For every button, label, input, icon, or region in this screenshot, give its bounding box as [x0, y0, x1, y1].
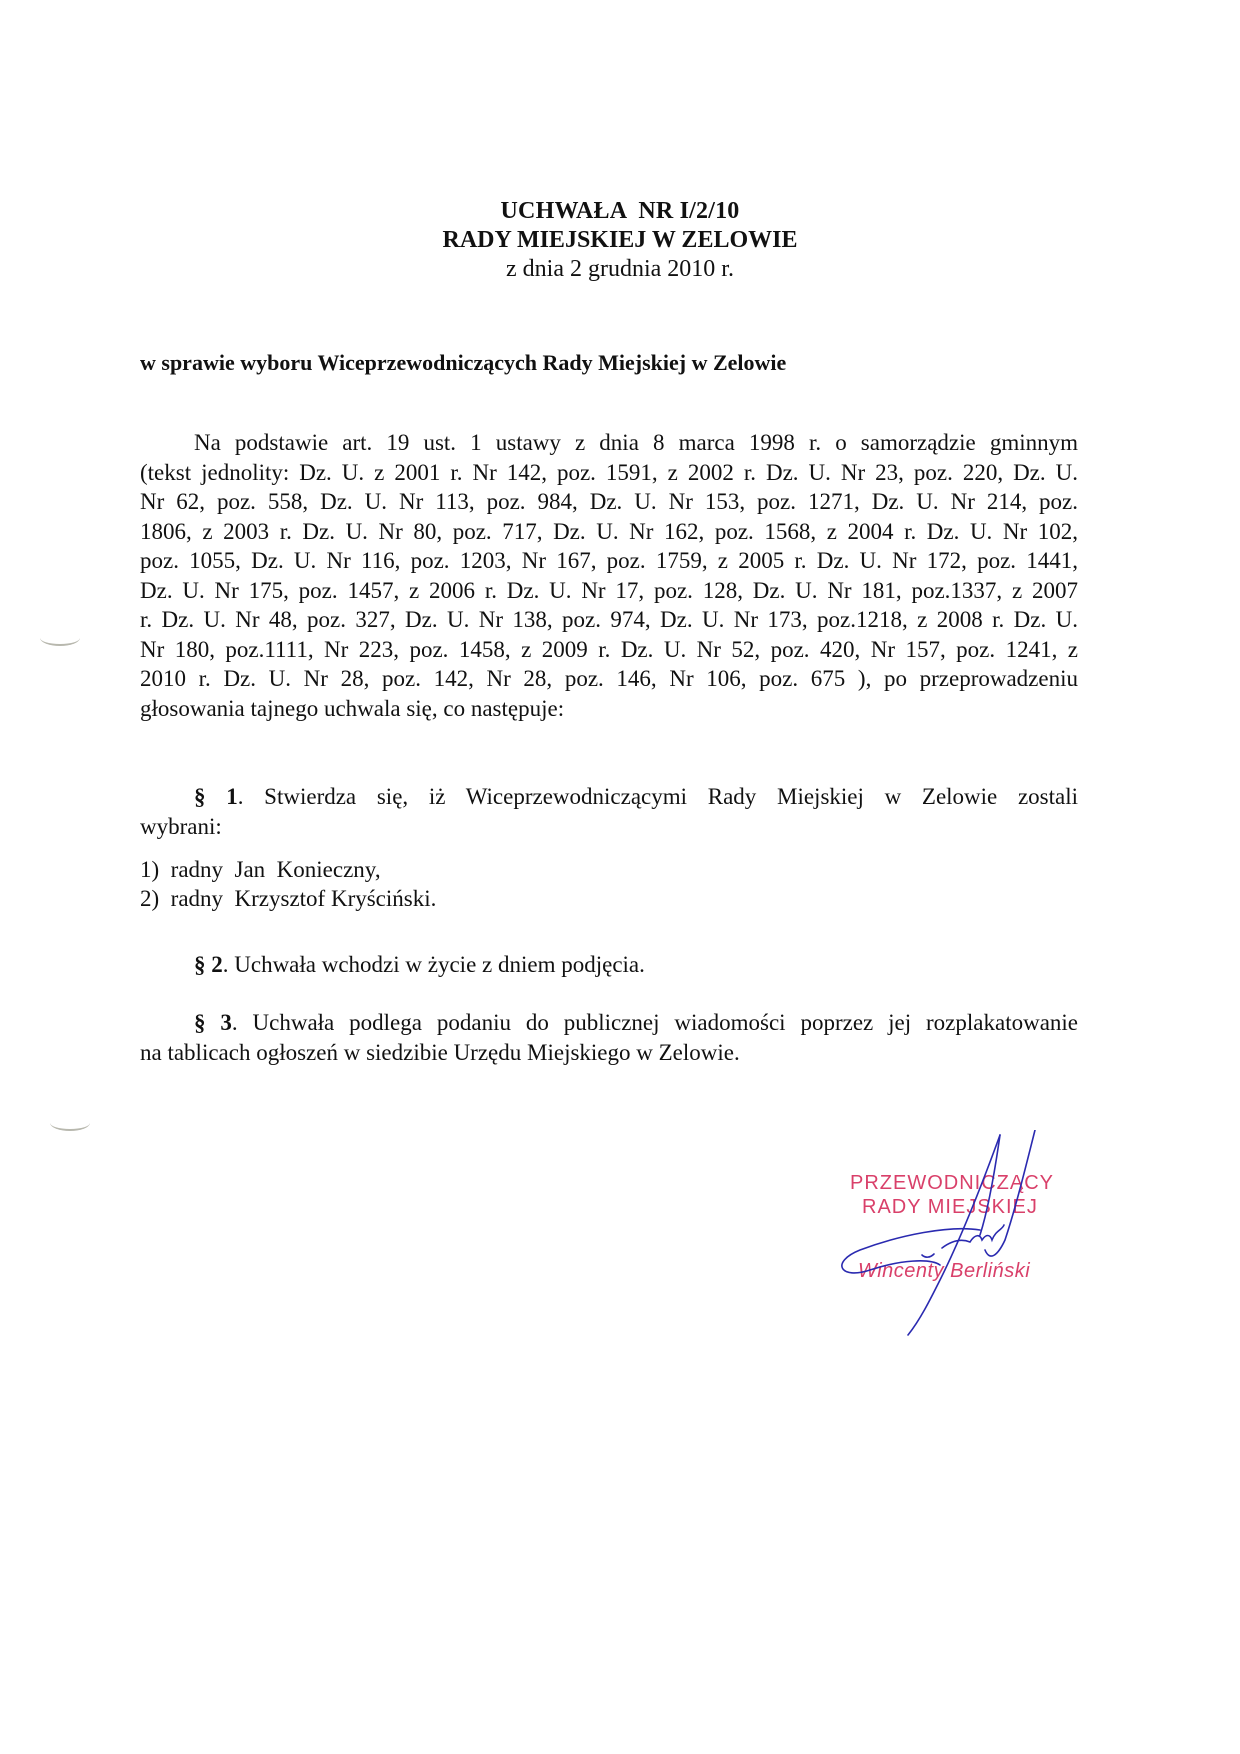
scan-mark [50, 1115, 90, 1131]
document-page: UCHWAŁA NR I/2/10 RADY MIEJSKIEJ W ZELOW… [0, 0, 1240, 1754]
legal-basis-line: Nr 180, poz.1111, Nr 223, poz. 1458, z 2… [140, 635, 1078, 665]
section-2-mark: § 2 [194, 952, 223, 977]
list-item: 2) radny Krzysztof Kryściński. [140, 884, 436, 913]
resolution-date: z dnia 2 grudnia 2010 r. [0, 256, 1240, 283]
resolution-subject: w sprawie wyboru Wiceprzewodniczących Ra… [140, 350, 786, 376]
section-3: § 3. Uchwała podlega podaniu do publiczn… [140, 1008, 1078, 1067]
legal-basis-line: Na podstawie art. 19 ust. 1 ustawy z dni… [140, 428, 1078, 458]
legal-basis-line: 1806, z 2003 r. Dz. U. Nr 80, poz. 717, … [140, 517, 1078, 547]
section-3-text: . Uchwała podlega podaniu do publicznej … [232, 1010, 1078, 1035]
legal-basis-line: Nr 62, poz. 558, Dz. U. Nr 113, poz. 984… [140, 487, 1078, 517]
legal-basis-line: Dz. U. Nr 175, poz. 1457, z 2006 r. Dz. … [140, 576, 1078, 606]
section-3-mark: § 3 [194, 1010, 232, 1035]
legal-basis-line: r. Dz. U. Nr 48, poz. 327, Dz. U. Nr 138… [140, 605, 1078, 635]
legal-basis-paragraph: Na podstawie art. 19 ust. 1 ustawy z dni… [140, 428, 1078, 723]
legal-basis-line: (tekst jednolity: Dz. U. z 2001 r. Nr 14… [140, 458, 1078, 488]
handwritten-signature-icon [830, 1130, 1090, 1350]
section-1-text-cont: wybrani: [140, 812, 1078, 842]
section-1-mark: § 1 [194, 784, 238, 809]
section-1: § 1. Stwierdza się, iż Wiceprzewodnicząc… [140, 782, 1078, 841]
resolution-title: UCHWAŁA NR I/2/10 [0, 198, 1240, 225]
section-3-text-cont: na tablicach ogłoszeń w siedzibie Urzędu… [140, 1038, 1078, 1068]
section-2-text: . Uchwała wchodzi w życie z dniem podjęc… [223, 952, 645, 977]
section-1-text: . Stwierdza się, iż Wiceprzewodniczącymi… [238, 784, 1078, 809]
scan-mark [40, 630, 80, 646]
elected-list: 1) radny Jan Konieczny, 2) radny Krzyszt… [140, 855, 436, 913]
legal-basis-line: 2010 r. Dz. U. Nr 28, poz. 142, Nr 28, p… [140, 664, 1078, 694]
council-name: RADY MIEJSKIEJ W ZELOWIE [0, 227, 1240, 254]
legal-basis-line: głosowania tajnego uchwala się, co nastę… [140, 694, 1078, 724]
section-2: § 2. Uchwała wchodzi w życie z dniem pod… [140, 950, 1078, 980]
legal-basis-line: poz. 1055, Dz. U. Nr 116, poz. 1203, Nr … [140, 546, 1078, 576]
list-item: 1) radny Jan Konieczny, [140, 855, 436, 884]
chairman-stamp: PRZEWODNICZĄCY RADY MIEJSKIEJ Wincenty B… [830, 1130, 1090, 1350]
